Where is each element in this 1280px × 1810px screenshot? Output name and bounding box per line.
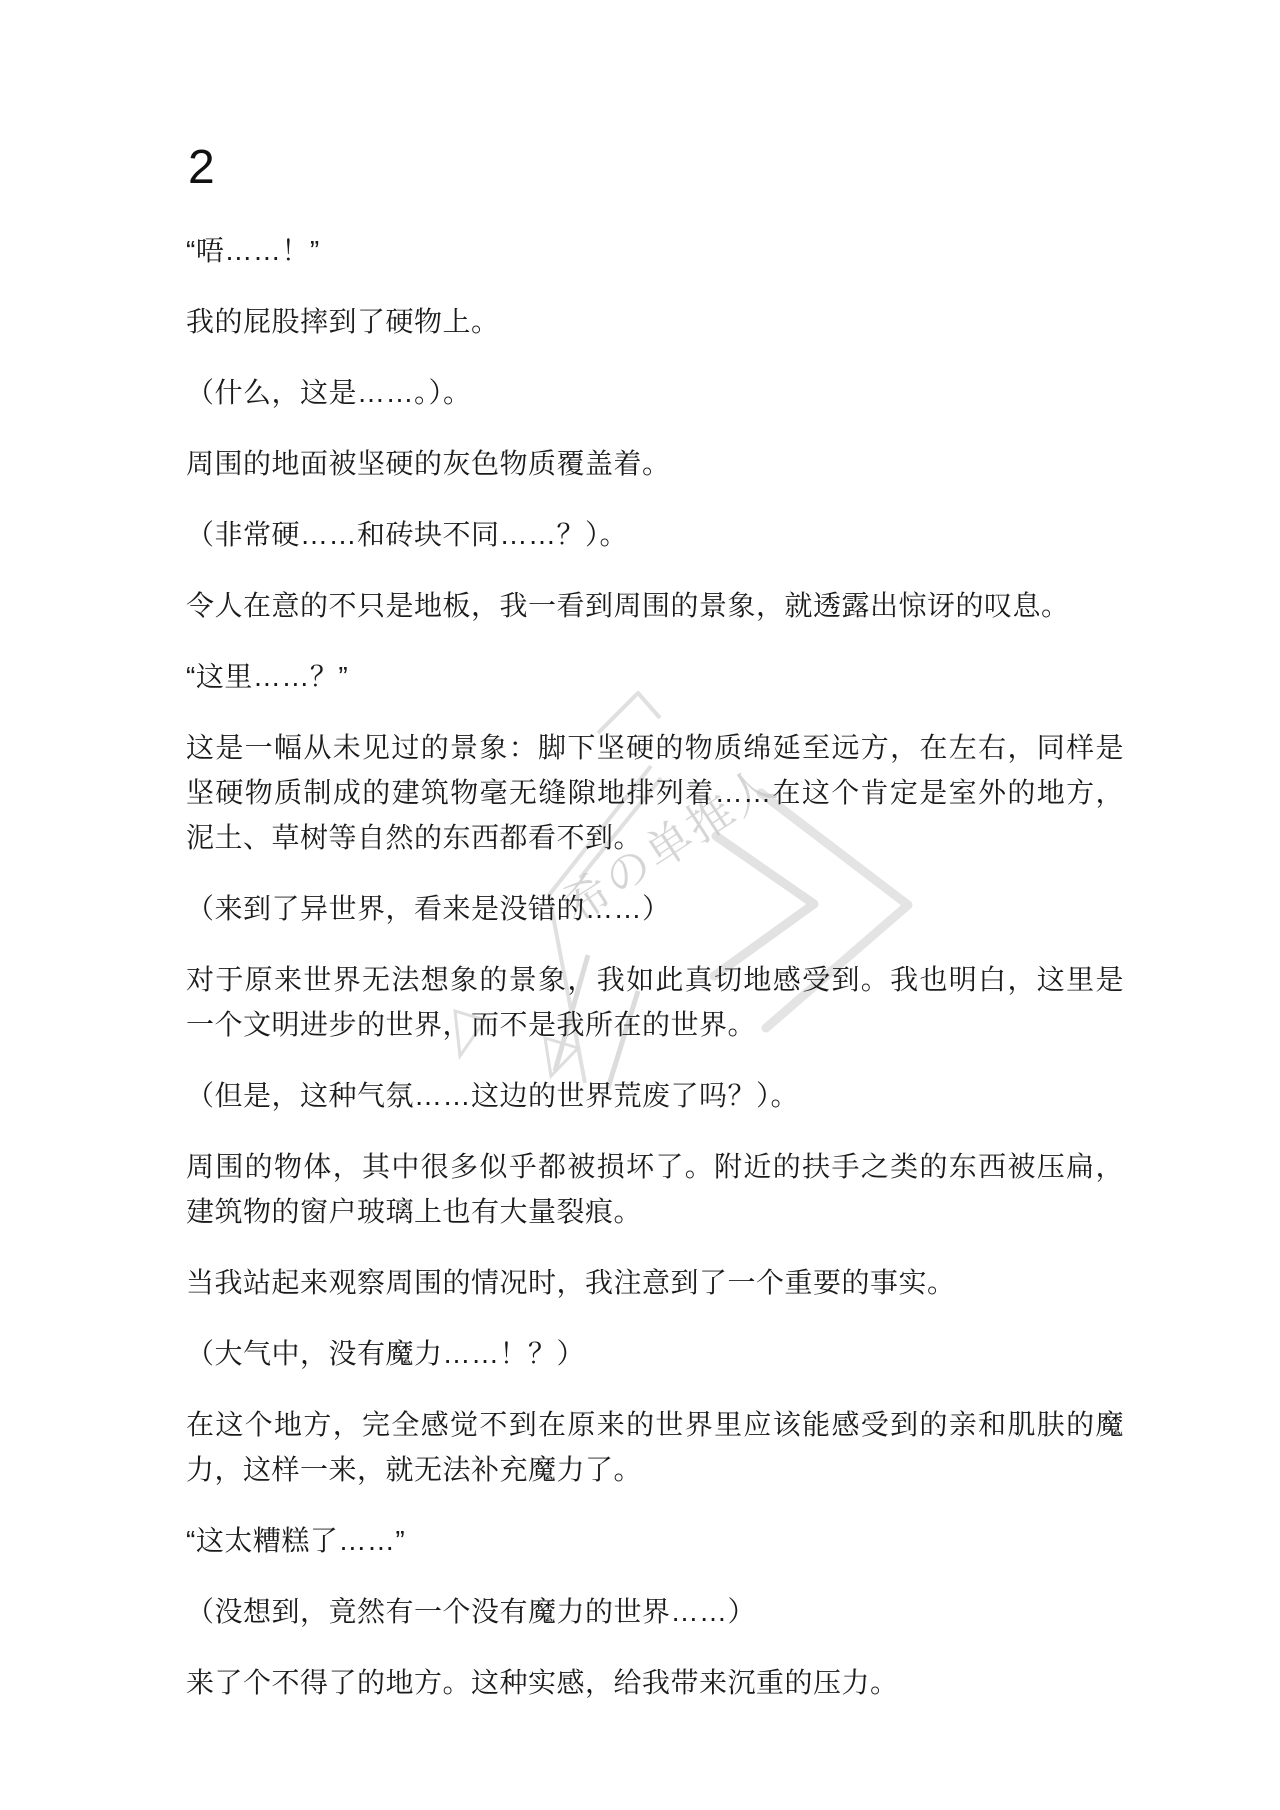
paragraph: （但是，这种气氛……这边的世界荒废了吗？）。: [186, 1073, 1124, 1118]
paragraph: 周围的地面被坚硬的灰色物质覆盖着。: [186, 441, 1124, 486]
document-page: 希の单推人 2 “唔……！”我的屁股摔到了硬物上。（什么，这是……。）。周围的地…: [0, 0, 1280, 1810]
paragraph: 令人在意的不只是地板，我一看到周围的景象，就透露出惊讶的叹息。: [186, 583, 1124, 628]
paragraph: 在这个地方，完全感觉不到在原来的世界里应该能感受到的亲和肌肤的魔力，这样一来，就…: [186, 1402, 1124, 1492]
paragraph: 我的屁股摔到了硬物上。: [186, 299, 1124, 344]
paragraph: （大气中，没有魔力……！？）: [186, 1331, 1124, 1376]
paragraph: 周围的物体，其中很多似乎都被损坏了。附近的扶手之类的东西被压扁，建筑物的窗户玻璃…: [186, 1144, 1124, 1234]
chapter-body: “唔……！”我的屁股摔到了硬物上。（什么，这是……。）。周围的地面被坚硬的灰色物…: [186, 228, 1124, 1731]
paragraph: （来到了异世界，看来是没错的……）: [186, 886, 1124, 931]
paragraph: 来了个不得了的地方。这种实感，给我带来沉重的压力。: [186, 1660, 1124, 1705]
paragraph: （什么，这是……。）。: [186, 370, 1124, 415]
paragraph: （没想到，竟然有一个没有魔力的世界……）: [186, 1589, 1124, 1634]
paragraph: “唔……！”: [186, 228, 1124, 273]
paragraph: （非常硬……和砖块不同……？）。: [186, 512, 1124, 557]
paragraph: 这是一幅从未见过的景象：脚下坚硬的物质绵延至远方，在左右，同样是坚硬物质制成的建…: [186, 725, 1124, 860]
paragraph: “这里……？”: [186, 654, 1124, 699]
chapter-number: 2: [188, 142, 215, 195]
paragraph: “这太糟糕了……”: [186, 1518, 1124, 1563]
paragraph: 当我站起来观察周围的情况时，我注意到了一个重要的事实。: [186, 1260, 1124, 1305]
paragraph: 对于原来世界无法想象的景象，我如此真切地感受到。我也明白，这里是一个文明进步的世…: [186, 957, 1124, 1047]
